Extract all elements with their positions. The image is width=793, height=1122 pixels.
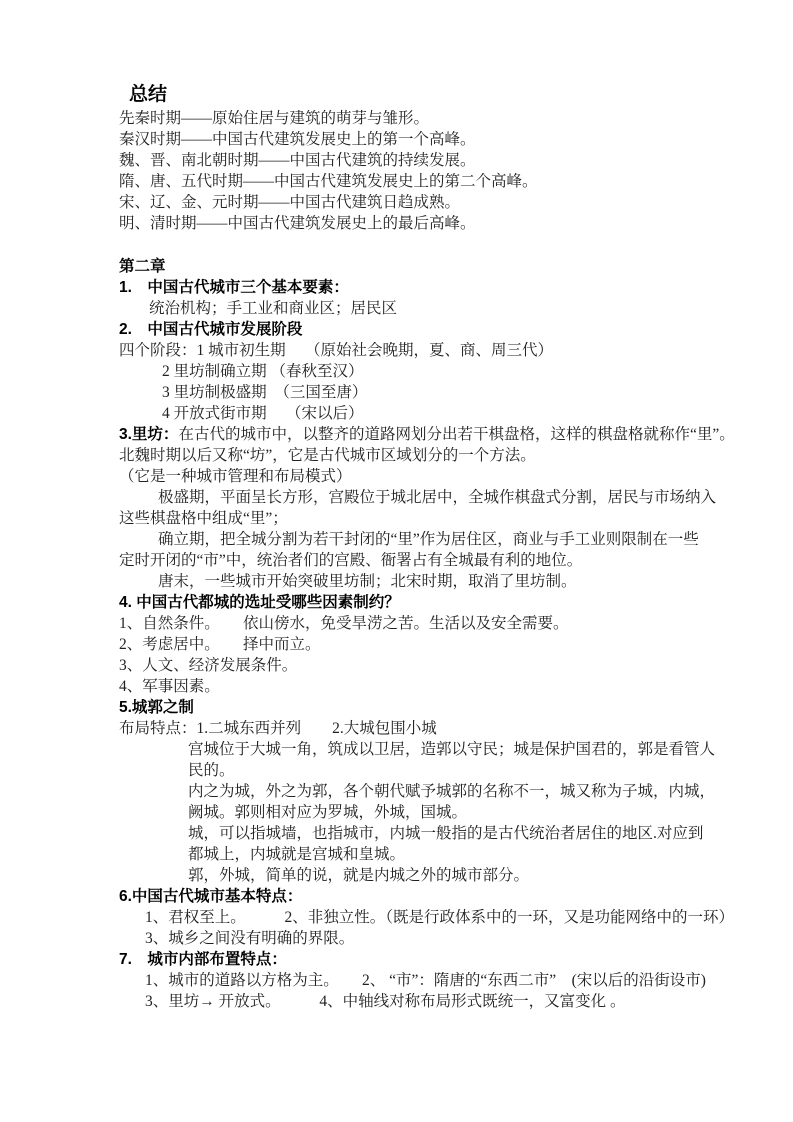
document-page: 总结 先秦时期——原始住居与建筑的萌芽与雏形。 秦汉时期——中国古代建筑发展史上… (0, 0, 793, 1122)
q4-item-2: 2、考虑居中。 择中而立。 (119, 634, 705, 655)
summary-heading: 总结 (129, 82, 705, 108)
q1-body: 统治机构；手工业和商业区；居民区 (149, 298, 705, 319)
q6-heading: 6.中国古代城市基本特点： (119, 886, 705, 907)
q2-heading: 2. 中国古代城市发展阶段 (119, 319, 705, 340)
q5-block-line-6: 都城上，内城就是宫城和皇城。 (188, 844, 705, 865)
q5-block-line-3: 内之为城，外之为郭，各个朝代赋予城郭的名称不一，城又称为子城，内城， (188, 781, 705, 802)
q3-label: 3.里坊： (119, 426, 178, 443)
summary-line-weijin: 魏、晋、南北朝时期——中国古代建筑的持续发展。 (119, 150, 705, 171)
q2-stage-4: 4 开放式街市期 （宋以后） (162, 403, 705, 424)
q3-paragraph-establish-b: 定时开闭的“市”中，统治者们的宫殿、衙署占有全城最有利的地位。 (119, 550, 705, 571)
q3-line-2: 北魏时期以后又称“坊”，它是古代城市区域划分的一个方法。 (119, 445, 705, 466)
q3-paragraph-establish-a: 确立期，把全城分割为若干封闭的“里”作为居住区，商业与手工业则限制在一些 (158, 529, 705, 550)
summary-line-qinhan: 秦汉时期——中国古代建筑发展史上的第一个高峰。 (119, 129, 705, 150)
q5-block-line-7: 郭，外城，简单的说，就是内城之外的城市部分。 (188, 865, 705, 886)
q4-item-4: 4、军事因素。 (119, 676, 705, 697)
q5-heading: 5.城郭之制 (119, 697, 705, 718)
q3-heading-line: 3.里坊：在古代的城市中，以整齐的道路网划分出若干棋盘格，这样的棋盘格就称作“里… (119, 424, 705, 445)
q4-item-3: 3、人文、经济发展条件。 (119, 655, 705, 676)
q5-block-line-1: 宫城位于大城一角，筑成以卫居，造郭以守民；城是保护国君的，郭是看管人 (188, 739, 705, 760)
q5-intro: 布局特点：1.二城东西并列 2.大城包围小城 (119, 718, 705, 739)
q3-paragraph-peak-b: 这些棋盘格中组成“里”； (119, 508, 705, 529)
q2-stage-2: 2 里坊制确立期 （春秋至汉） (162, 361, 705, 382)
q7-heading: 7. 城市内部布置特点： (119, 949, 705, 970)
q6-item-2: 3、城乡之间没有明确的界限。 (145, 928, 705, 949)
summary-line-mingqing: 明、清时期——中国古代建筑发展史上的最后高峰。 (119, 213, 705, 234)
chapter-heading: 第二章 (119, 256, 705, 277)
q3-paragraph-tangmo: 唐末，一些城市开始突破里坊制；北宋时期，取消了里坊制。 (158, 571, 705, 592)
summary-line-suitang: 隋、唐、五代时期——中国古代建筑发展史上的第二个高峰。 (119, 171, 705, 192)
q7-item-1: 1、城市的道路以方格为主。 2、 “市”：隋唐的“东西二市” (宋以后的沿街设市… (145, 970, 705, 991)
q4-heading: 4. 中国古代都城的选址受哪些因素制约？ (119, 592, 705, 613)
q5-block-line-5: 城，可以指城墙，也指城市，内城一般指的是古代统治者居住的地区.对应到 (188, 823, 705, 844)
q2-stage-3: 3 里坊制极盛期 （三国至唐） (162, 382, 705, 403)
q2-intro: 四个阶段：1 城市初生期 （原始社会晚期，夏、商、周三代） (119, 340, 705, 361)
q3-paragraph-peak-a: 极盛期，平面呈长方形，宫殿位于城北居中，全城作棋盘式分割，居民与市场纳入 (158, 487, 705, 508)
q1-heading: 1. 中国古代城市三个基本要素： (119, 277, 705, 298)
q6-item-1: 1、君权至上。 2、非独立性。（既是行政体系中的一环，又是功能网络中的一环） (145, 907, 705, 928)
summary-line-songliao: 宋、辽、金、元时期——中国古代建筑日趋成熟。 (119, 192, 705, 213)
section-gap (119, 234, 705, 256)
summary-line-xianqin: 先秦时期——原始住居与建筑的萌芽与雏形。 (119, 108, 705, 129)
q3-intro-text: 在古代的城市中，以整齐的道路网划分出若干棋盘格，这样的棋盘格就称作“里”。 (178, 426, 734, 443)
q5-block-line-4: 阙城。郭则相对应为罗城，外城，国城。 (188, 802, 705, 823)
q7-item-2: 3、里坊→ 开放式。 4、中轴线对称布局形式既统一，又富变化 。 (145, 991, 705, 1012)
q4-item-1: 1、自然条件。 依山傍水，免受旱涝之苦。生活以及安全需要。 (119, 613, 705, 634)
q5-block-line-2: 民的。 (188, 760, 705, 781)
q3-line-3: （它是一种城市管理和布局模式） (119, 466, 705, 487)
